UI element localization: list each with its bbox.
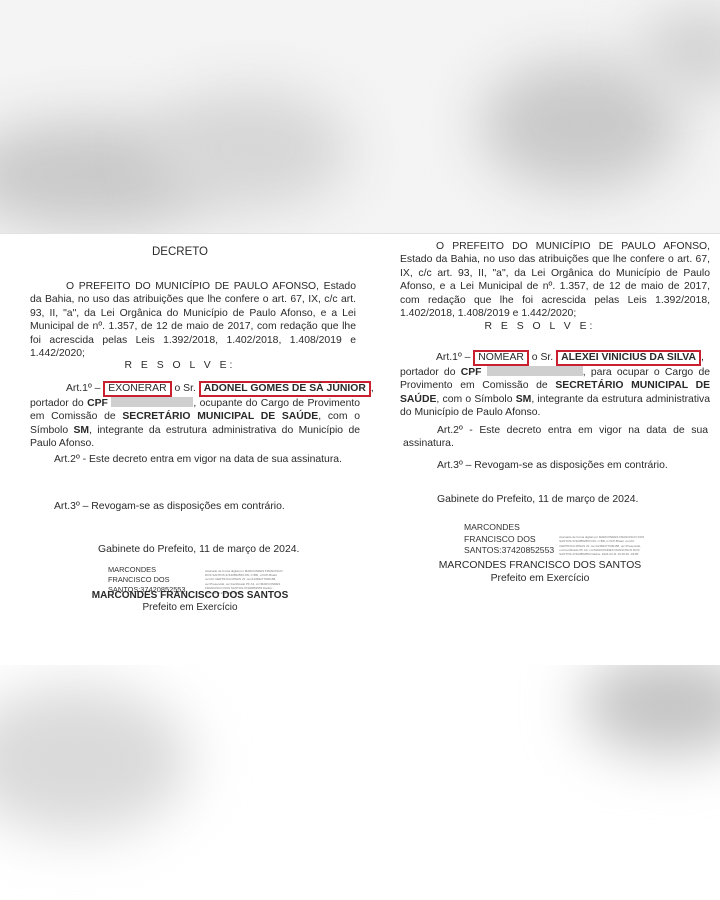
article-3: Art.3º – Revogam-se as disposições em co… (54, 500, 354, 513)
blurred-background-top (0, 0, 720, 235)
digital-signer-name: MARCONDES FRANCISCO DOS SANTOS:374208525… (464, 522, 554, 557)
digital-signature: MARCONDES FRANCISCO DOS SANTOS:374208525… (464, 522, 645, 557)
action-highlight-exonerar: EXONERAR (103, 381, 171, 397)
article-3: Art.3º – Revogam-se as disposições em co… (437, 459, 717, 472)
appointment-decree-page: O PREFEITO DO MUNICÍPIO DE PAULO AFONSO,… (360, 234, 720, 666)
article-1: Art.1º – NOMEAR o Sr. ALEXEI VINICIUS DA… (400, 350, 710, 420)
resolve-heading: R E S O L V E: (0, 359, 360, 372)
cpf-redaction (487, 366, 583, 376)
signer-name: MARCONDES FRANCISCO DOS SANTOS (400, 559, 680, 572)
cpf-redaction (111, 397, 193, 407)
decree-preamble: O PREFEITO DO MUNICÍPIO DE PAULO AFONSO,… (400, 240, 710, 320)
blurred-background-bottom (0, 665, 720, 900)
signer-title: Prefeito em Exercício (400, 572, 680, 585)
date-line: Gabinete do Prefeito, 11 de março de 202… (98, 543, 348, 556)
resolve-heading: R E S O L V E: (360, 320, 720, 333)
article-2: Art.2º - Este decreto entra em vigor na … (54, 453, 354, 466)
person-name-highlight: ADONEL GOMES DE SÁ JÚNIOR (199, 381, 371, 397)
action-highlight-nomear: NOMEAR (473, 350, 529, 366)
digital-signature-metadata: Assinado de forma digital por MARCONDES … (559, 535, 645, 557)
decree-preamble: O PREFEITO DO MUNICÍPIO DE PAULO AFONSO,… (30, 280, 356, 360)
decree-documents: DECRETO O PREFEITO DO MUNICÍPIO DE PAULO… (0, 233, 720, 666)
person-name-highlight: ALEXEI VINICIUS DA SILVA (556, 350, 701, 366)
signer-title: Prefeito em Exercício (60, 601, 320, 614)
date-line: Gabinete do Prefeito, 11 de março de 202… (437, 493, 717, 506)
exoneration-decree-page: DECRETO O PREFEITO DO MUNICÍPIO DE PAULO… (0, 234, 360, 666)
article-2: Art.2º - Este decreto entra em vigor na … (403, 424, 708, 451)
article-1: Art.1º – EXONERAR o Sr. ADONEL GOMES DE … (30, 381, 360, 451)
decree-title: DECRETO (0, 246, 360, 259)
